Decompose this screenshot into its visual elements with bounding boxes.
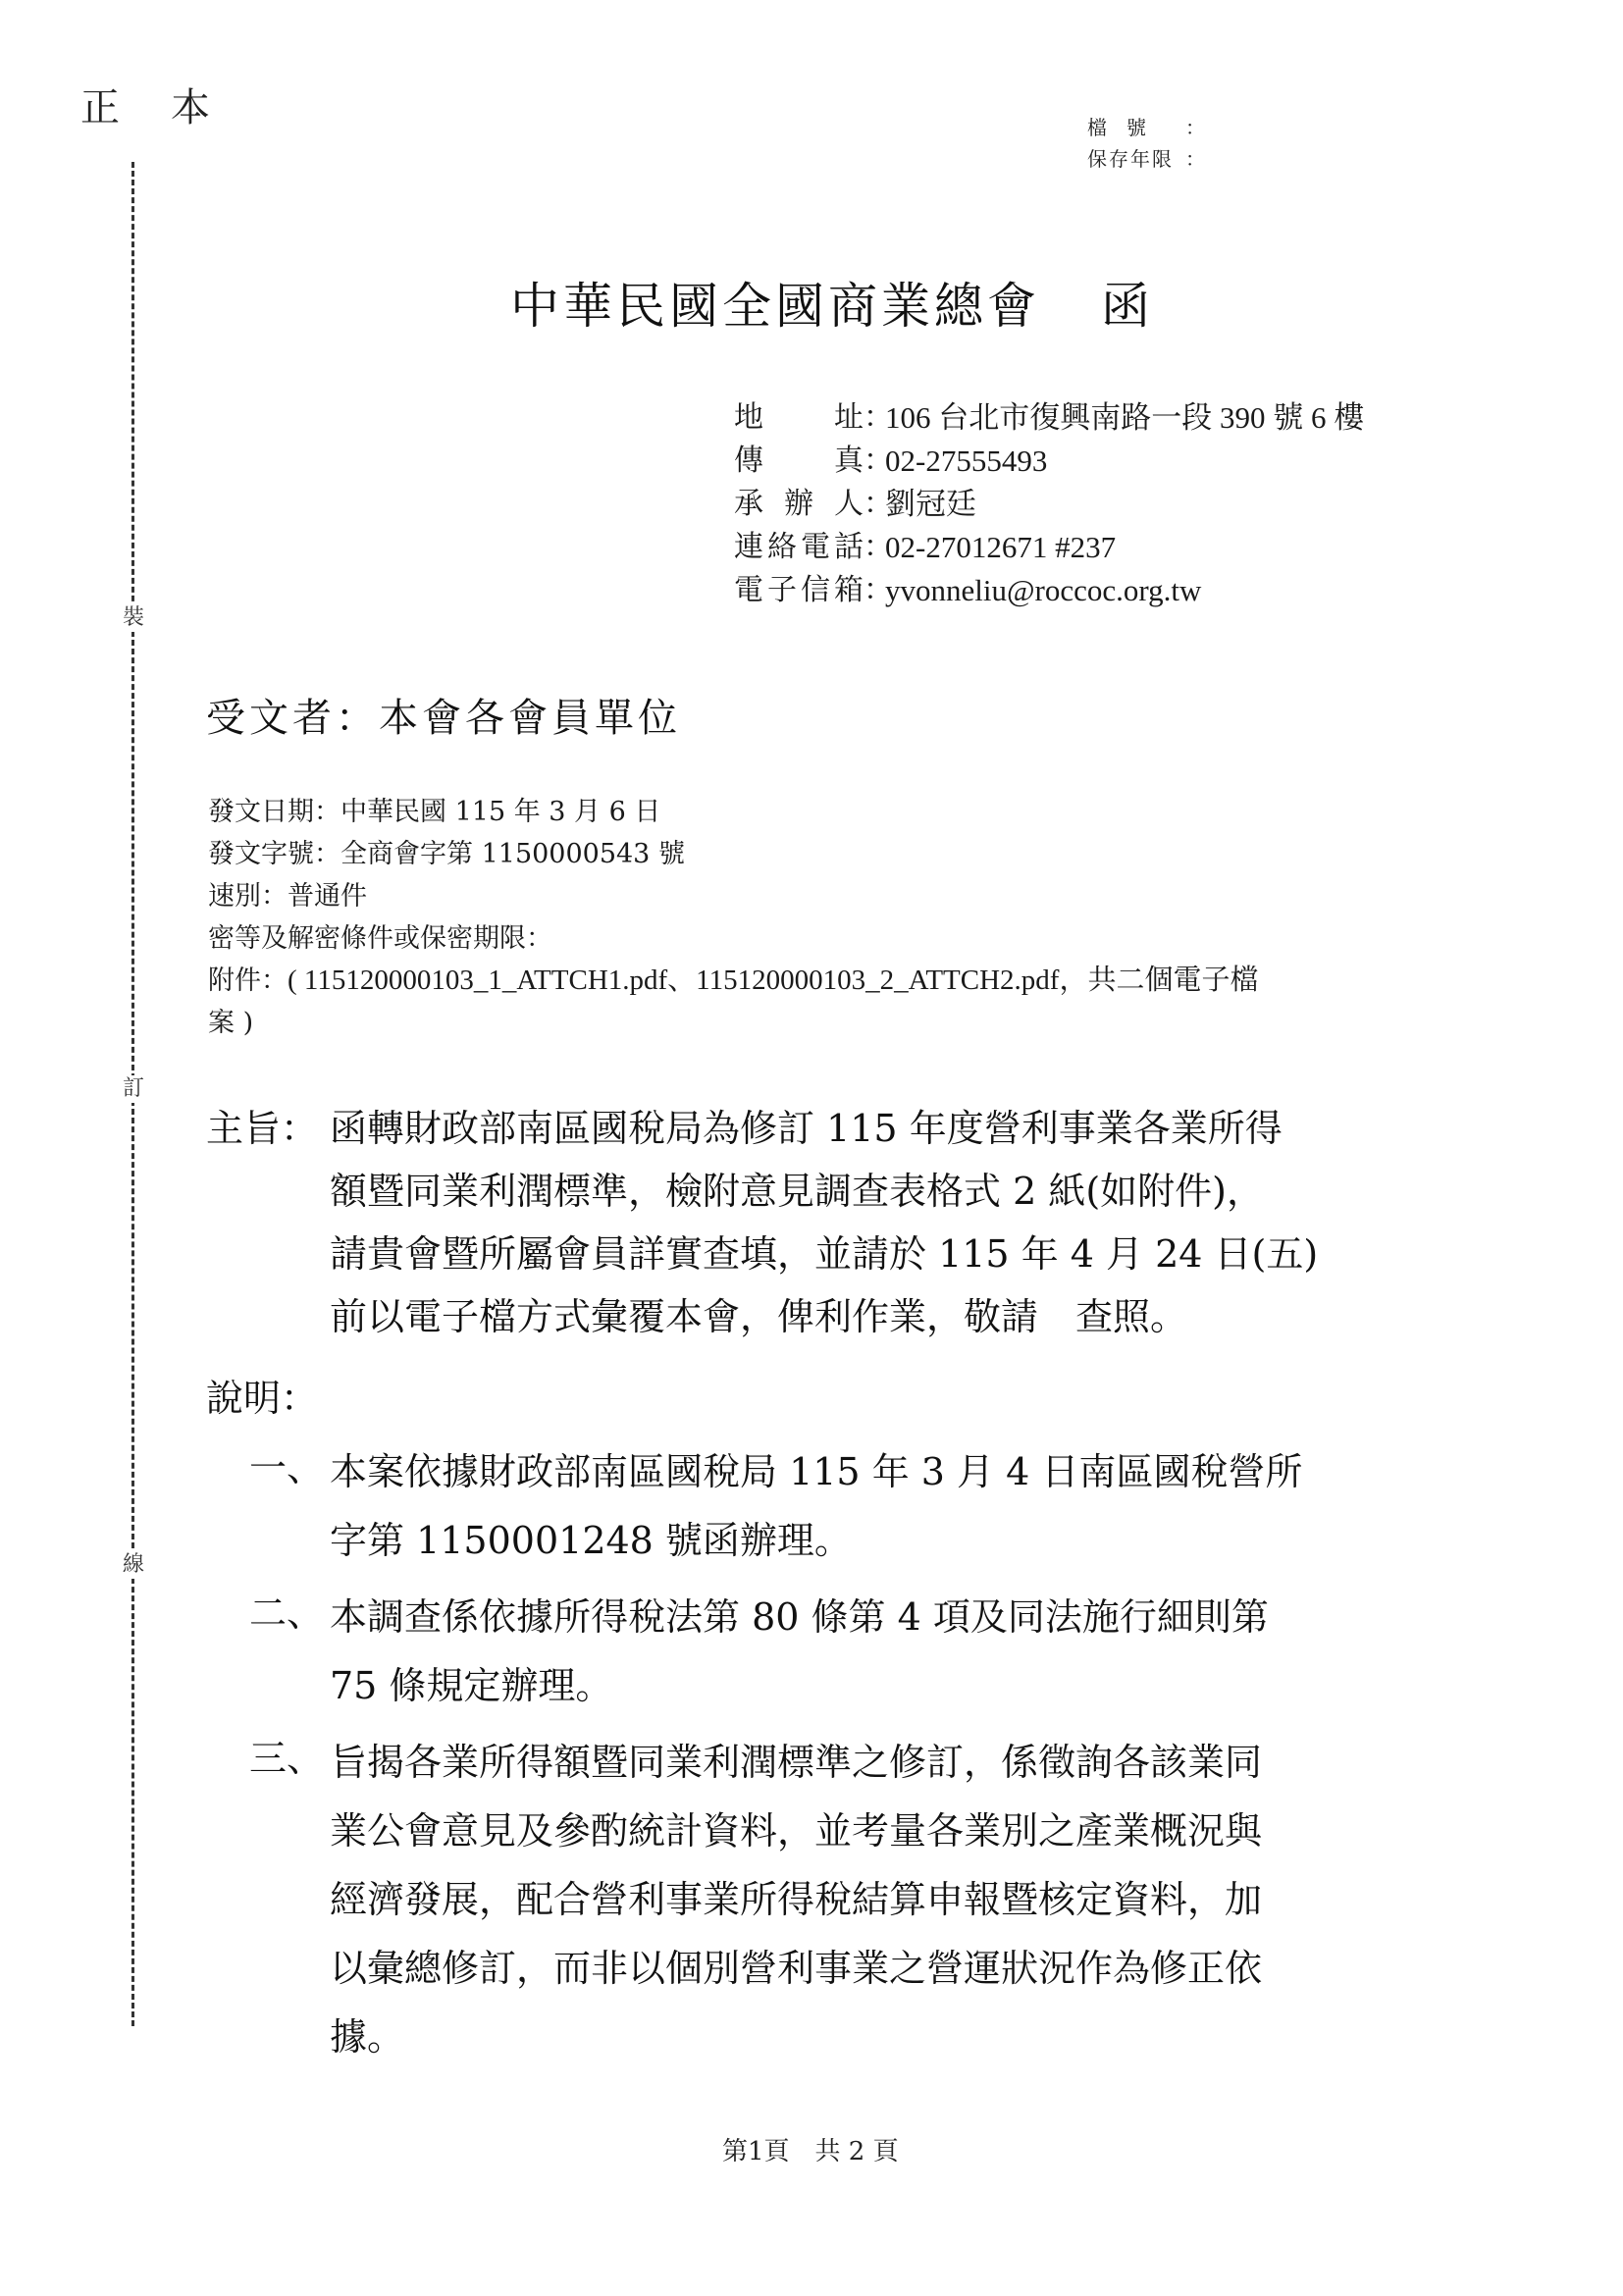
subject-line: 函轉財政部南區國稅局為修訂 115 年度營利事業各業所得 [330, 1097, 1472, 1160]
item-line: 經濟發展，配合營利事業所得稅結算申報暨核定資料，加 [330, 1865, 1482, 1934]
doc-number-label: 發文字號： [208, 839, 340, 869]
handler-label: 承辦人 [734, 483, 864, 526]
attachments-row-cont: 案 ) [208, 1002, 1444, 1044]
item-line: 字第 1150001248 號函辦理。 [330, 1506, 1482, 1575]
sender-email-row: 電子信箱 ： yvonneliu@roccoc.org.tw [734, 569, 1364, 612]
explanation-heading: 說明： [206, 1367, 1482, 1430]
recipient-label: 受文者： [206, 696, 379, 741]
email-label: 電子信箱 [734, 569, 864, 612]
explanation-item-3: 三、 旨揭各業所得額暨同業利潤標準之修訂，係徵詢各該業同 業公會意見及參酌統計資… [206, 1728, 1482, 2071]
subject-body: 函轉財政部南區國稅局為修訂 115 年度營利事業各業所得 額暨同業利潤標準，檢附… [330, 1097, 1472, 1348]
item-marker: 二、 [206, 1583, 330, 1720]
confidentiality-label: 密等及解密條件或保密期限： [208, 923, 552, 954]
urgency-value: 普通件 [288, 881, 367, 912]
issue-date-row: 發文日期：中華民國 115 年 3 月 6 日 [208, 791, 1444, 833]
subject-section: 主旨： 函轉財政部南區國稅局為修訂 115 年度營利事業各業所得 額暨同業利潤標… [206, 1097, 1472, 1348]
explanation-item-1: 一、 本案依據財政部南區國稅局 115 年 3 月 4 日南區國稅營所 字第 1… [206, 1437, 1482, 1575]
attachments-label: 附件： [208, 965, 288, 996]
attachments-list[interactable]: ( 115120000103_1_ATTCH1.pdf、115120000103… [288, 965, 1258, 996]
address-label: 地址 [734, 396, 864, 440]
subject-line: 請貴會暨所屬會員詳實查填，並請於 115 年 4 月 24 日(五) [330, 1223, 1472, 1285]
sender-info: 地址 ： 106 台北市復興南路一段 390 號 6 樓 傳真 ： 02-275… [734, 396, 1364, 612]
subject-label: 主旨： [206, 1097, 330, 1348]
item-line: 據。 [330, 2003, 1482, 2071]
binding-label-xian: 線 [120, 1551, 147, 1579]
address-value: 106 台北市復興南路一段 390 號 6 樓 [885, 396, 1364, 440]
fax-label: 傳真 [734, 440, 864, 483]
binding-label-ding: 訂 [120, 1075, 147, 1103]
item-marker: 一、 [206, 1437, 330, 1575]
document-title: 中華民國全國商業總會函 [510, 267, 1154, 338]
file-number-row: 檔 號： [1087, 112, 1205, 143]
item-line: 本案依據財政部南區國稅局 115 年 3 月 4 日南區國稅營所 [330, 1437, 1482, 1506]
file-number-label: 檔 號 [1087, 112, 1185, 143]
item-line: 旨揭各業所得額暨同業利潤標準之修訂，係徵詢各該業同 [330, 1728, 1482, 1797]
sender-phone-row: 連絡電話 ： 02-27012671 #237 [734, 526, 1364, 569]
item-marker: 三、 [206, 1728, 330, 2071]
explanation-item-2: 二、 本調查係依據所得稅法第 80 條第 4 項及同法施行細則第 75 條規定辦… [206, 1583, 1482, 1720]
issue-date-label: 發文日期： [208, 797, 340, 827]
attachments-row: 附件：( 115120000103_1_ATTCH1.pdf、115120000… [208, 960, 1444, 1002]
recipient-value: 本會各會員單位 [379, 696, 681, 741]
organization-name: 中華民國全國商業總會 [510, 278, 1040, 335]
handler-value: 劉冠廷 [885, 483, 976, 526]
issue-date-value: 中華民國 115 年 3 月 6 日 [340, 797, 660, 827]
item-line: 以彙總修訂，而非以個別營利事業之營運狀況作為修正依 [330, 1934, 1482, 2003]
binding-label-zhuang: 裝 [120, 604, 147, 632]
retention-row: 保存年限： [1087, 143, 1205, 175]
file-meta: 檔 號： 保存年限： [1087, 112, 1205, 175]
email-value[interactable]: yvonneliu@roccoc.org.tw [885, 569, 1201, 612]
doc-number-row: 發文字號：全商會字第 1150000543 號 [208, 833, 1444, 875]
confidentiality-row: 密等及解密條件或保密期限： [208, 917, 1444, 960]
copy-mark: 正本 [80, 77, 261, 132]
page-number: 第1頁 共 2 頁 [722, 2131, 899, 2167]
sender-address-row: 地址 ： 106 台北市復興南路一段 390 號 6 樓 [734, 396, 1364, 440]
item-line: 75 條規定辦理。 [330, 1651, 1482, 1720]
fax-value: 02-27555493 [885, 440, 1047, 483]
urgency-label: 速別： [208, 881, 288, 912]
recipient: 受文者：本會各會員單位 [206, 687, 681, 743]
item-line: 本調查係依據所得稅法第 80 條第 4 項及同法施行細則第 [330, 1583, 1482, 1651]
document-type: 函 [1101, 278, 1154, 335]
subject-line: 前以電子檔方式彙覆本會，俾利作業，敬請 查照。 [330, 1285, 1472, 1348]
explanation-section: 說明： 一、 本案依據財政部南區國稅局 115 年 3 月 4 日南區國稅營所 … [206, 1367, 1482, 2071]
sender-fax-row: 傳真 ： 02-27555493 [734, 440, 1364, 483]
attachments-list-cont: 案 ) [208, 1008, 253, 1038]
subject-line: 額暨同業利潤標準，檢附意見調查表格式 2 紙(如附件)， [330, 1160, 1472, 1223]
retention-label: 保存年限 [1087, 143, 1185, 175]
urgency-row: 速別：普通件 [208, 875, 1444, 917]
phone-label: 連絡電話 [734, 526, 864, 569]
doc-number-value: 全商會字第 1150000543 號 [340, 839, 685, 869]
sender-handler-row: 承辦人 ： 劉冠廷 [734, 483, 1364, 526]
item-line: 業公會意見及參酌統計資料，並考量各業別之產業概況與 [330, 1797, 1482, 1865]
issuance-meta: 發文日期：中華民國 115 年 3 月 6 日 發文字號：全商會字第 11500… [208, 791, 1444, 1044]
phone-value: 02-27012671 #237 [885, 526, 1116, 569]
